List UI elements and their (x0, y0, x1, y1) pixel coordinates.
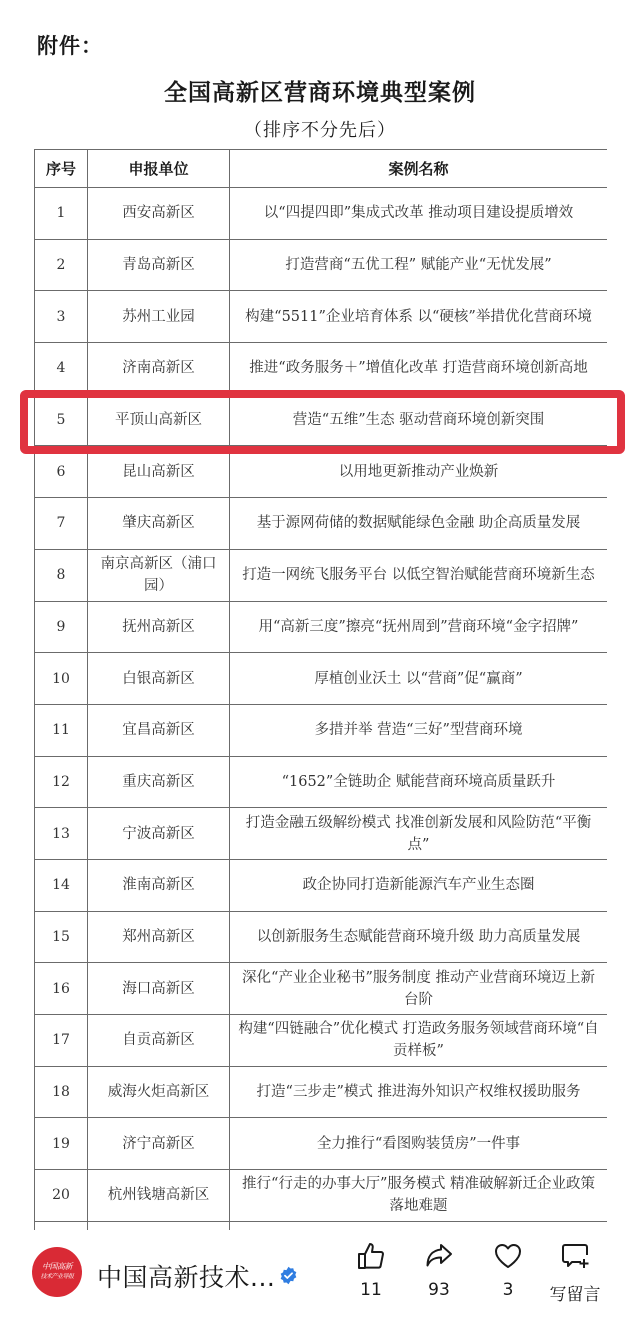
attachment-label: 附件： (37, 30, 103, 60)
table-row: 7肇庆高新区基于源网荷储的数据赋能绿色金融 助企高质量发展 (35, 498, 608, 550)
favorite-count: 3 (478, 1280, 538, 1300)
header-number: 序号 (35, 150, 88, 188)
row-number: 11 (35, 704, 88, 756)
table-row: 15郑州高新区以创新服务生态赋能营商环境升级 助力高质量发展 (35, 911, 608, 963)
row-number: 15 (35, 911, 88, 963)
document-title: 全国高新区营商环境典型案例 (0, 74, 640, 107)
row-number: 1 (35, 188, 88, 240)
table-header-row: 序号 申报单位 案例名称 (35, 150, 608, 188)
row-case-name: 厚植创业沃土 以“营商”促“赢商” (230, 653, 608, 705)
table-row: 5平顶山高新区营造“五维”生态 驱动营商环境创新突围 (35, 394, 608, 446)
table-row: 11宜昌高新区多措并举 营造“三好”型营商环境 (35, 704, 608, 756)
row-number: 18 (35, 1066, 88, 1118)
row-number: 9 (35, 601, 88, 653)
avatar-text-line2: 技术产业导报 (40, 1272, 73, 1282)
row-unit: 重庆高新区 (88, 756, 230, 808)
cases-table-container: 序号 申报单位 案例名称 1西安高新区以“四提四即”集成式改革 推动项目建设提质… (34, 149, 607, 1230)
row-unit: 郑州高新区 (88, 911, 230, 963)
row-unit: 海口高新区 (88, 963, 230, 1015)
row-unit: 苏州工业园 (88, 291, 230, 343)
row-number: 16 (35, 963, 88, 1015)
table-row: 6昆山高新区以用地更新推动产业焕新 (35, 446, 608, 498)
article-footer-bar: 中国高新 技术产业导报 中国高新技术... 11 93 3 (0, 1230, 640, 1325)
account-avatar[interactable]: 中国高新 技术产业导报 (32, 1247, 82, 1297)
row-case-name: 打造一网统飞服务平台 以低空智治赋能营商环境新生态 (230, 549, 608, 601)
table-row: 19济宁高新区全力推行“看图购装赁房”一件事 (35, 1118, 608, 1170)
share-arrow-icon (423, 1240, 455, 1272)
table-row: 9抚州高新区用“高新三度”擦亮“抚州周到”营商环境“金字招牌” (35, 601, 608, 653)
row-unit: 济宁高新区 (88, 1118, 230, 1170)
row-unit: 白银高新区 (88, 653, 230, 705)
row-number: 8 (35, 549, 88, 601)
table-row: 18威海火炬高新区打造“三步走”模式 推进海外知识产权维权援助服务 (35, 1066, 608, 1118)
comment-plus-icon (559, 1240, 591, 1272)
header-case-name: 案例名称 (230, 150, 608, 188)
like-button[interactable]: 11 (341, 1240, 401, 1300)
row-unit: 南京高新区（浦口园） (88, 549, 230, 601)
row-number: 4 (35, 343, 88, 395)
row-number: 17 (35, 1015, 88, 1067)
row-unit: 济南高新区 (88, 343, 230, 395)
table-row: 17自贡高新区构建“四链融合”优化模式 打造政务服务领域营商环境“自贡样板” (35, 1015, 608, 1067)
table-row: 2青岛高新区打造营商“五优工程” 赋能产业“无忧发展” (35, 239, 608, 291)
row-number: 20 (35, 1170, 88, 1222)
row-case-name: 用“高新三度”擦亮“抚州周到”营商环境“金字招牌” (230, 601, 608, 653)
table-row: 14淮南高新区政企协同打造新能源汽车产业生态圈 (35, 859, 608, 911)
table-row: 8南京高新区（浦口园）打造一网统飞服务平台 以低空智治赋能营商环境新生态 (35, 549, 608, 601)
table-row: 16海口高新区深化“产业企业秘书”服务制度 推动产业营商环境迈上新台阶 (35, 963, 608, 1015)
row-case-name: 打造金融五级解纷模式 找准创新发展和风险防范“平衡点” (230, 808, 608, 860)
table-row: 13宁波高新区打造金融五级解纷模式 找准创新发展和风险防范“平衡点” (35, 808, 608, 860)
row-case-name: 以用地更新推动产业焕新 (230, 446, 608, 498)
share-button[interactable]: 93 (409, 1240, 469, 1300)
like-count: 11 (341, 1280, 401, 1300)
write-comment-button[interactable]: 写留言 (545, 1240, 605, 1305)
row-case-name: 基于源网荷储的数据赋能绿色金融 助企高质量发展 (230, 498, 608, 550)
row-unit: 自贡高新区 (88, 1015, 230, 1067)
table-row: 12重庆高新区“1652”全链助企 赋能营商环境高质量跃升 (35, 756, 608, 808)
row-case-name: 打造“三步走”模式 推进海外知识产权维权援助服务 (230, 1066, 608, 1118)
row-unit: 杭州钱塘高新区 (88, 1170, 230, 1222)
row-unit: 宜昌高新区 (88, 704, 230, 756)
share-count: 93 (409, 1280, 469, 1300)
row-case-name: 营造“五维”生态 驱动营商环境创新突围 (230, 394, 608, 446)
row-number: 7 (35, 498, 88, 550)
write-comment-label: 写留言 (545, 1280, 605, 1305)
row-case-name: 推进“政务服务＋”增值化改革 打造营商环境创新高地 (230, 343, 608, 395)
document-subtitle: （排序不分先后） (0, 116, 640, 142)
row-case-name: 以“四提四即”集成式改革 推动项目建设提质增效 (230, 188, 608, 240)
table-row: 10白银高新区厚植创业沃土 以“营商”促“赢商” (35, 653, 608, 705)
row-unit: 肇庆高新区 (88, 498, 230, 550)
table-row: 4济南高新区推进“政务服务＋”增值化改革 打造营商环境创新高地 (35, 343, 608, 395)
row-case-name (230, 1221, 608, 1230)
row-number: 6 (35, 446, 88, 498)
row-number: 12 (35, 756, 88, 808)
row-case-name: 构建“5511”企业培育体系 以“硬核”举措优化营商环境 (230, 291, 608, 343)
row-number: 3 (35, 291, 88, 343)
row-case-name: 深化“产业企业秘书”服务制度 推动产业营商环境迈上新台阶 (230, 963, 608, 1015)
row-case-name: “1652”全链助企 赋能营商环境高质量跃升 (230, 756, 608, 808)
favorite-button[interactable]: 3 (478, 1240, 538, 1300)
row-case-name: 多措并举 营造“三好”型营商环境 (230, 704, 608, 756)
row-number: 19 (35, 1118, 88, 1170)
row-case-name: 构建“四链融合”优化模式 打造政务服务领域营商环境“自贡样板” (230, 1015, 608, 1067)
row-case-name: 打造营商“五优工程” 赋能产业“无忧发展” (230, 239, 608, 291)
row-unit: 抚州高新区 (88, 601, 230, 653)
table-row: 3苏州工业园构建“5511”企业培育体系 以“硬核”举措优化营商环境 (35, 291, 608, 343)
row-unit: 宁波高新区 (88, 808, 230, 860)
heart-icon (492, 1240, 524, 1272)
row-number: 13 (35, 808, 88, 860)
row-case-name: 政企协同打造新能源汽车产业生态圈 (230, 859, 608, 911)
header-unit: 申报单位 (88, 150, 230, 188)
row-unit (88, 1221, 230, 1230)
cases-table: 序号 申报单位 案例名称 1西安高新区以“四提四即”集成式改革 推动项目建设提质… (34, 149, 607, 1230)
table-row: 1西安高新区以“四提四即”集成式改革 推动项目建设提质增效 (35, 188, 608, 240)
row-unit: 青岛高新区 (88, 239, 230, 291)
row-number: 14 (35, 859, 88, 911)
row-number: 5 (35, 394, 88, 446)
row-unit: 西安高新区 (88, 188, 230, 240)
row-number (35, 1221, 88, 1230)
row-case-name: 推行“行走的办事大厅”服务模式 精准破解新迁企业政策落地难题 (230, 1170, 608, 1222)
account-name[interactable]: 中国高新技术... (97, 1258, 275, 1294)
verified-badge-icon (279, 1266, 298, 1285)
thumbs-up-icon (355, 1240, 387, 1272)
article-page: 附件： 全国高新区营商环境典型案例 （排序不分先后） 序号 申报单位 案例名称 … (0, 0, 640, 1325)
row-number: 10 (35, 653, 88, 705)
row-unit: 平顶山高新区 (88, 394, 230, 446)
row-case-name: 以创新服务生态赋能营商环境升级 助力高质量发展 (230, 911, 608, 963)
row-unit: 昆山高新区 (88, 446, 230, 498)
row-unit: 威海火炬高新区 (88, 1066, 230, 1118)
avatar-text-line1: 中国高新 (42, 1262, 72, 1272)
table-row: 20杭州钱塘高新区推行“行走的办事大厅”服务模式 精准破解新迁企业政策落地难题 (35, 1170, 608, 1222)
row-case-name: 全力推行“看图购装赁房”一件事 (230, 1118, 608, 1170)
row-number: 2 (35, 239, 88, 291)
table-row (35, 1221, 608, 1230)
row-unit: 淮南高新区 (88, 859, 230, 911)
